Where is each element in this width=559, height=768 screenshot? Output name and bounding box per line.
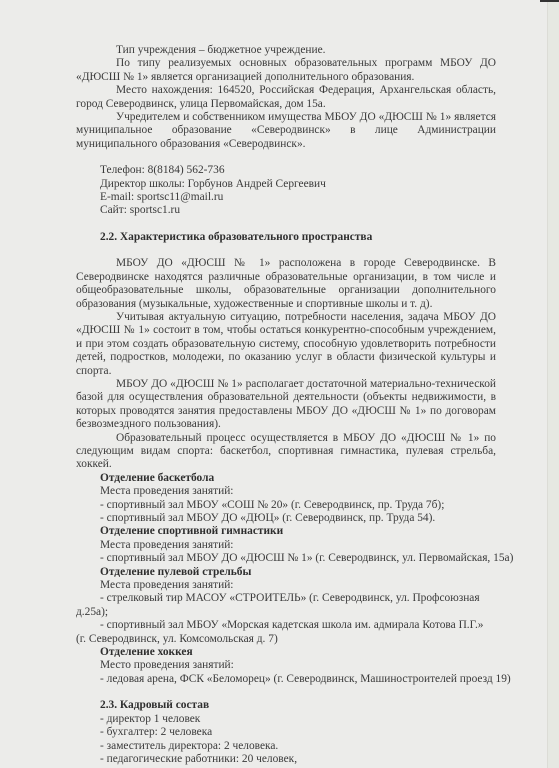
institution-type: Тип учреждения – бюджетное учреждение.: [76, 44, 496, 57]
places-label: Места проведения занятий:: [76, 485, 496, 498]
section-2-2-heading: 2.2. Характеристика образовательного про…: [76, 231, 496, 244]
location-paragraph: Место нахождения: 164520, Российская Фед…: [76, 84, 496, 111]
director-line: Директор школы: Горбунов Андрей Сергееви…: [76, 178, 496, 191]
department-title: Отделение пулевой стрельбы: [76, 566, 496, 579]
staff-item: - директор 1 человек: [76, 713, 496, 726]
section-2-2-paragraph: Образовательный процесс осуществляется в…: [76, 432, 496, 472]
staff-item: - заместитель директора: 2 человека.: [76, 740, 496, 753]
section-2-2-paragraph: Учитывая актуальную ситуацию, потребност…: [76, 311, 496, 378]
department-title: Отделение баскетбола: [76, 472, 496, 485]
staff-item: - бухгалтер: 2 человека: [76, 726, 496, 739]
section-2-2-paragraph: МБОУ ДО «ДЮСШ № 1» расположена в городе …: [76, 257, 496, 311]
department-title: Отделение спортивной гимнастики: [76, 525, 496, 538]
scan-corner-mark: [540, 0, 559, 2]
department-gymnastics: Отделение спортивной гимнастики Места пр…: [76, 525, 496, 565]
email-line: E-mail: sportsc11@mail.ru: [76, 191, 496, 204]
site-line: Сайт: sportsc1.ru: [76, 204, 496, 217]
scan-page-edge: [547, 0, 559, 768]
place-item: - ледовая арена, ФСК «Беломорец» (г. Сев…: [76, 673, 496, 686]
section-2-3-heading: 2.3. Кадровый состав: [76, 699, 496, 712]
place-item: - спортивный зал МБОУ ДО «ДЮСШ № 1» (г. …: [76, 552, 496, 565]
department-title: Отделение хоккея: [76, 646, 496, 659]
place-item: - спортивный зал МБОУ «СОШ № 20» (г. Сев…: [76, 499, 496, 512]
program-type-paragraph: По типу реализуемых основных образовател…: [76, 57, 496, 84]
phone-line: Телефон: 8(8184) 562-736: [76, 164, 496, 177]
document-page: Тип учреждения – бюджетное учреждение. П…: [0, 0, 547, 768]
place-item: - спортивный зал МБОУ «Морская кадетская…: [76, 619, 496, 646]
founder-paragraph: Учредителем и собственником имущества МБ…: [76, 111, 496, 151]
place-item: - стрелковый тир МАСОУ «СТРОИТЕЛЬ» (г. С…: [76, 592, 496, 619]
places-label: Места проведения занятий:: [76, 579, 496, 592]
contacts-block: Телефон: 8(8184) 562-736 Директор школы:…: [76, 164, 496, 218]
section-2-2-paragraph: МБОУ ДО «ДЮСШ № 1» располагает достаточн…: [76, 378, 496, 432]
document-body: Тип учреждения – бюджетное учреждение. П…: [76, 44, 496, 766]
staff-item: - педагогические работники: 20 человек,: [76, 753, 496, 766]
department-shooting: Отделение пулевой стрельбы Места проведе…: [76, 566, 496, 646]
department-basketball: Отделение баскетбола Места проведения за…: [76, 472, 496, 526]
staff-section: 2.3. Кадровый состав - директор 1 челове…: [76, 699, 496, 766]
places-label: Места проведения занятий:: [76, 539, 496, 552]
department-hockey: Отделение хоккея Место проведения заняти…: [76, 646, 496, 686]
places-label: Место проведения занятий:: [76, 659, 496, 672]
place-item: - спортивный зал МБОУ ДО «ДЮЦ» (г. Север…: [76, 512, 496, 525]
